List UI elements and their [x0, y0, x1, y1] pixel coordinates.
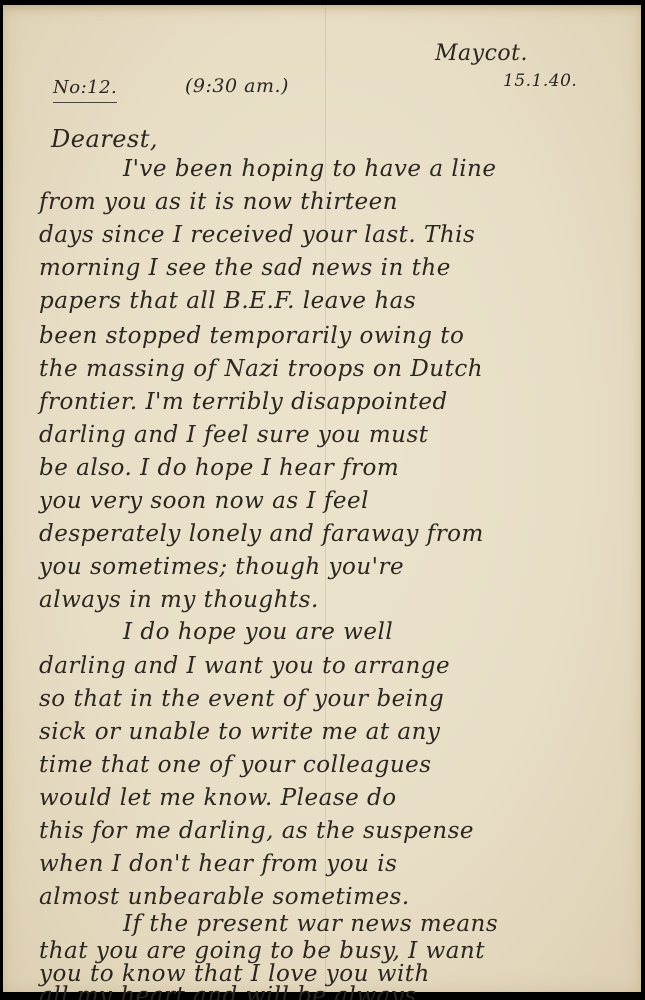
letter-time: (9:30 am.): [185, 75, 289, 97]
letter-line: almost unbearable sometimes.: [39, 886, 410, 909]
letter-line: you very soon now as I feel: [39, 490, 369, 513]
letter-number: No:12.: [53, 77, 117, 103]
salutation: Dearest,: [51, 125, 158, 153]
letter-line: days since I received your last. This: [39, 224, 475, 247]
letter-date: 15.1.40.: [503, 71, 577, 91]
letter-line: papers that all B.E.F. leave has: [39, 290, 416, 313]
letter-line: sick or unable to write me at any: [39, 721, 440, 744]
letter-line: frontier. I'm terribly disappointed: [39, 391, 448, 414]
letter-line: so that in the event of your being: [39, 688, 444, 711]
letter-line: always in my thoughts.: [39, 589, 319, 612]
letter-line: darling and I want you to arrange: [39, 655, 450, 678]
letter-line: that you are going to be busy, I want: [39, 940, 485, 963]
letter-line: would let me know. Please do: [39, 787, 397, 810]
letter-line: when I don't hear from you is: [39, 853, 397, 876]
letter-page: Maycot. 15.1.40. No:12. (9:30 am.) Deare…: [3, 5, 641, 992]
letter-line: I've been hoping to have a line: [123, 158, 496, 181]
letter-line: time that one of your colleagues: [39, 754, 432, 777]
letter-place: Maycot.: [435, 41, 528, 66]
letter-line: the massing of Nazi troops on Dutch: [39, 358, 483, 381]
letter-line: been stopped temporarily owing to: [39, 325, 464, 348]
letter-line: all my heart and will be always: [39, 985, 417, 1000]
letter-line: this for me darling, as the suspense: [39, 820, 474, 843]
letter-line: be also. I do hope I hear from: [39, 457, 399, 480]
letter-line: from you as it is now thirteen: [39, 191, 398, 214]
letter-line: morning I see the sad news in the: [39, 257, 451, 280]
letter-line: desperately lonely and faraway from: [39, 523, 484, 546]
letter-line: you sometimes; though you're: [39, 556, 404, 579]
letter-line: darling and I feel sure you must: [39, 424, 429, 447]
letter-line: I do hope you are well: [123, 621, 393, 644]
letter-line: If the present war news means: [123, 913, 498, 936]
